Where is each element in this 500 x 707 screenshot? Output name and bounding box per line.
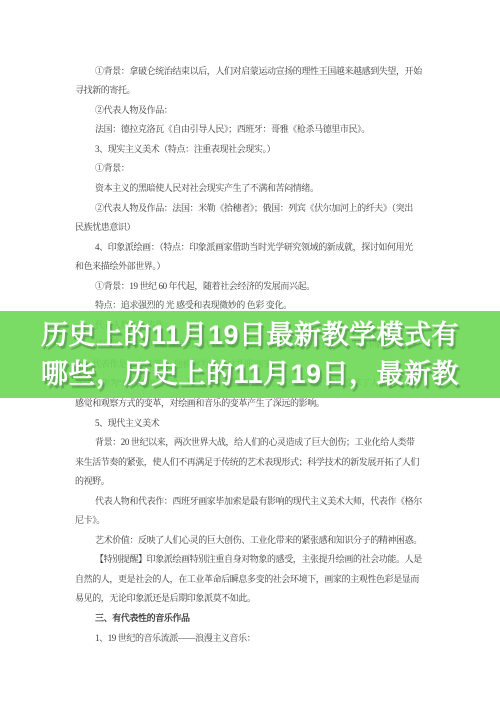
doc-line: 【特别提醒】印象派绘画特别注重自身对物象的感受，主张提升绘画的社会功能。人是 (0, 550, 500, 570)
doc-line: 艺术价值：反映了人们心灵的巨大创伤、工业化带来的紧张感和知识分子的精神困惑。 (0, 531, 500, 551)
doc-line: 尼卡》。 (0, 511, 500, 531)
doc-line: 1、19 世纪的音乐流派——浪漫主义音乐： (0, 629, 500, 649)
doc-line: 民族忧患意识） (0, 218, 500, 238)
doc-line: ②代表人物及作品： (0, 101, 500, 121)
doc-line: ①背景： (0, 159, 500, 179)
document-page: ①背景：拿破仑统治结束以后，人们对启蒙运动宣扬的理性王国越来越感到失望，开始寻找… (0, 0, 500, 707)
doc-line: 寻找新的寄托。 (0, 81, 500, 101)
doc-line: ①背景：拿破仑统治结束以后，人们对启蒙运动宣扬的理性王国越来越感到失望，开始 (0, 62, 500, 82)
doc-line: 背景：20 世纪以来，两次世界大战，给人们的心灵造成了巨大创伤；工业化给人类带 (0, 433, 500, 453)
doc-line: ②代表人物及作品：法国：米勒《拾穗者》；俄国：列宾《伏尔加河上的纤夫》（突出 (0, 199, 500, 219)
doc-line: 来生活节奏的紧张，使人们不再满足于传统的艺术表现形式；科学技术的新发展开拓了人们 (0, 453, 500, 473)
doc-line: 资本主义的黑暗使人民对社会现实产生了不满和苦闷情绪。 (0, 179, 500, 199)
headline-line-2: 哪些，历史上的11月19日，最新教 (41, 355, 459, 394)
doc-line: 易见的，无论印象派还是后期印象派莫不如此。 (0, 589, 500, 609)
doc-line: 3、现实主义美术（特点：注重表现社会现实。） (0, 140, 500, 160)
doc-line: 5、现代主义美术 (0, 414, 500, 434)
headline-line-1: 历史上的11月19日最新教学模式有 (41, 316, 459, 355)
doc-line: 的视野。 (0, 472, 500, 492)
headline-overlay-banner: 历史上的11月19日最新教学模式有 哪些，历史上的11月19日，最新教 (0, 311, 500, 398)
doc-line: 三、有代表性的音乐作品 (0, 609, 500, 629)
doc-line: 法国：德拉克洛瓦《自由引导人民》；西班牙：哥雅《枪杀马德里市民》。 (0, 120, 500, 140)
doc-line: 和色来描绘外部世界。） (0, 257, 500, 277)
doc-line: 自然的人，更是社会的人，在工业革命后瞬息多变的社会环境下，画家的主观性色彩是显而 (0, 570, 500, 590)
doc-line: 代表人物和代表作：西班牙画家毕加索是最有影响的现代主义美术大师，代表作《格尔 (0, 492, 500, 512)
doc-line: ①背景：19 世纪 60 年代起，随着社会经济的发展而兴起。 (0, 277, 500, 297)
doc-line: 4、印象派绘画：（特点：印象派画家借助当时光学研究领域的新成就，探讨如何用光 (0, 238, 500, 258)
